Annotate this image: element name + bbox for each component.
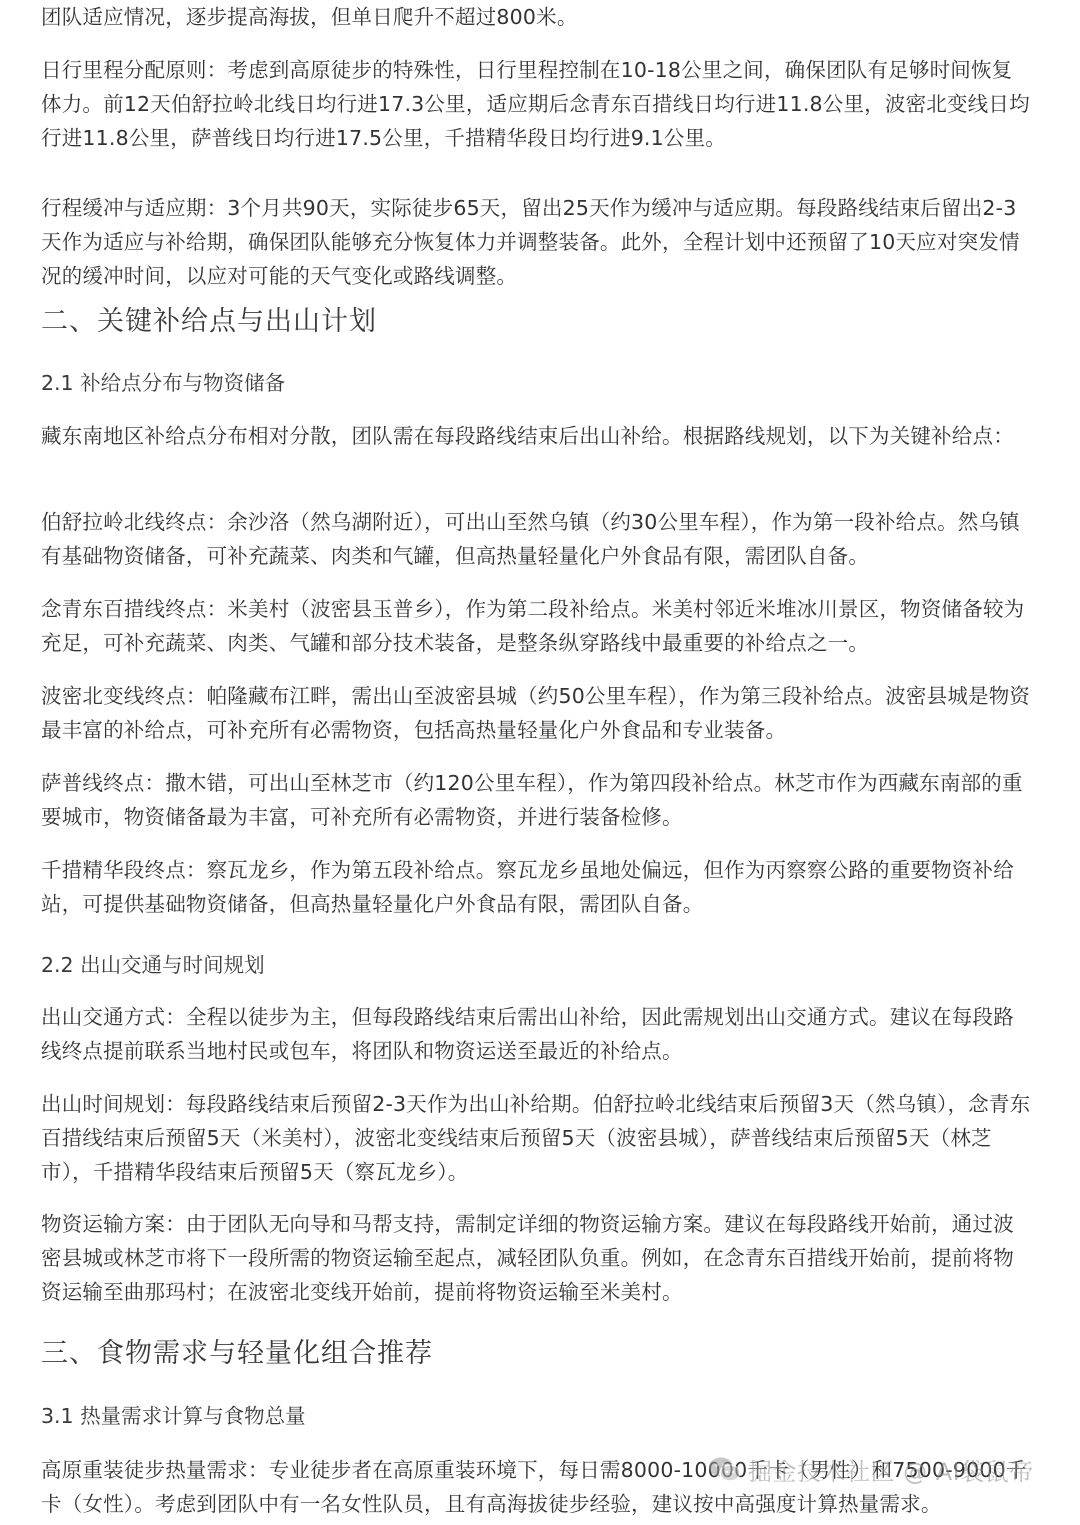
section-heading-supply-points: 二、关键补给点与出山计划 (41, 302, 377, 342)
paragraph-supply-point-2: 念青东百措线终点：米美村（波密县玉普乡），作为第二段补给点。米美村邻近米堆冰川景… (41, 592, 1031, 660)
subsection-heading-2-1: 2.1 补给点分布与物资储备 (41, 367, 285, 399)
section-heading-food-needs: 三、食物需求与轻量化组合推荐 (41, 1334, 433, 1374)
paragraph-supply-transport: 物资运输方案：由于团队无向导和马帮支持，需制定详细的物资运输方案。建议在每段路线… (41, 1207, 1031, 1309)
subsection-heading-3-1: 3.1 热量需求计算与食物总量 (41, 1400, 306, 1432)
paragraph-supply-point-3: 波密北变线终点：帕隆藏布江畔，需出山至波密县城（约50公里车程），作为第三段补给… (41, 679, 1031, 747)
paragraph-supply-point-1: 伯舒拉岭北线终点：余沙洛（然乌湖附近），可出山至然乌镇（约30公里车程），作为第… (41, 505, 1031, 573)
paragraph-exit-schedule: 出山时间规划：每段路线结束后预留2-3天作为出山补给期。伯舒拉岭北线结束后预留3… (41, 1087, 1031, 1189)
paragraph-supply-point-4: 萨普线终点：撒木错，可出山至林芝市（约120公里车程），作为第四段补给点。林芝市… (41, 766, 1031, 834)
subsection-heading-2-2: 2.2 出山交通与时间规划 (41, 949, 265, 981)
paragraph-buffer-period: 行程缓冲与适应期：3个月共90天，实际徒步65天，留出25天作为缓冲与适应期。每… (41, 191, 1031, 293)
paragraph-supply-intro: 藏东南地区补给点分布相对分散，团队需在每段路线结束后出山补给。根据路线规划，以下… (41, 419, 1031, 453)
paragraph-exit-transport: 出山交通方式：全程以徒步为主，但每段路线结束后需出山补给，因此需规划出山交通方式… (41, 1000, 1031, 1068)
paragraph-daily-distance: 日行里程分配原则：考虑到高原徒步的特殊性，日行里程控制在10-18公里之间，确保… (41, 53, 1031, 155)
paragraph-supply-point-5: 千措精华段终点：察瓦龙乡，作为第五段补给点。察瓦龙乡虽地处偏远，但作为丙察察公路… (41, 853, 1031, 921)
paragraph-altitude-note: 团队适应情况，逐步提高海拔，但单日爬升不超过800米。 (41, 0, 1031, 34)
paragraph-calorie-needs: 高原重装徒步热量需求：专业徒步者在高原重装环境下，每日需8000-10000千卡… (41, 1453, 1031, 1521)
